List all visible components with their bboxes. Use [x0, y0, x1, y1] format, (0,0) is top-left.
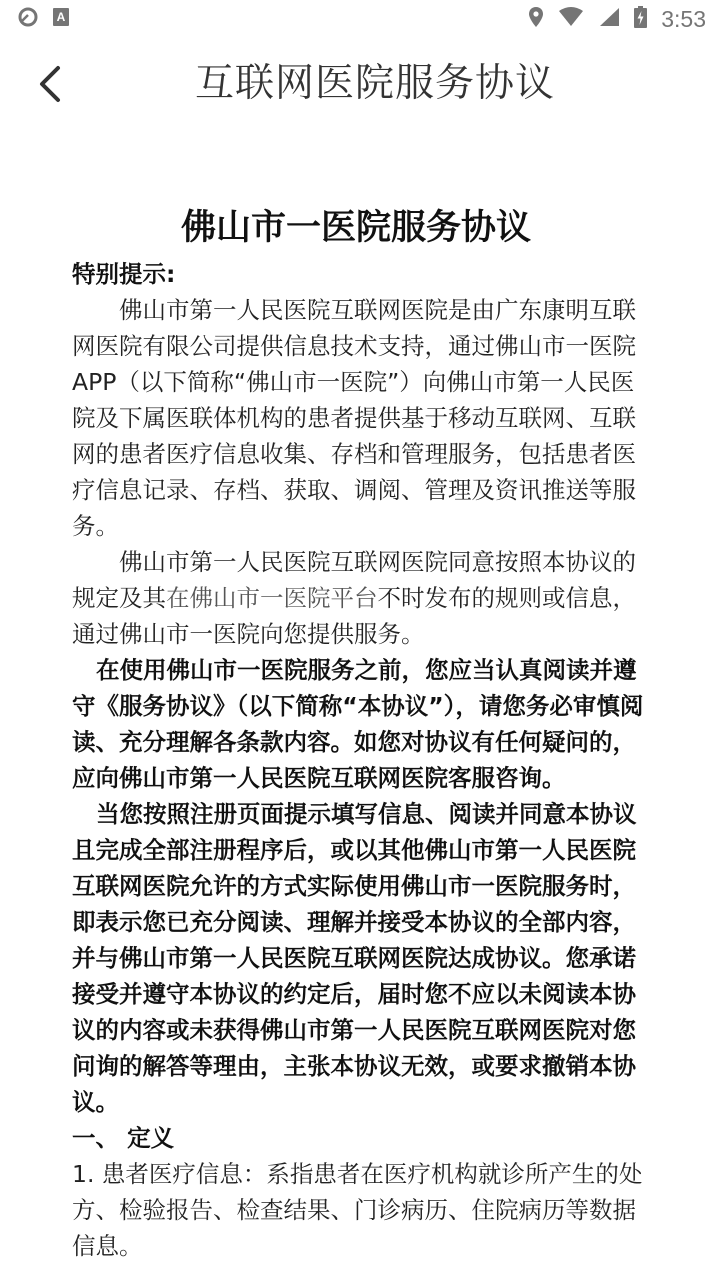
svg-text:A: A [57, 10, 66, 24]
agreement-document: 佛山市一医院服务协议 特别提示: 佛山市第一人民医院互联网医院是由广东康明互联网… [72, 200, 650, 1264]
intro-paragraph: 佛山市第一人民医院互联网医院是由广东康明互联网医院有限公司提供信息技术支持，通过… [72, 292, 650, 544]
rules-paragraph: 佛山市第一人民医院互联网医院同意按照本协议的规定及其在佛山市一医院平台不时发布的… [72, 544, 650, 652]
accessibility-a-icon: A [52, 7, 70, 31]
definition-item-1: 1. 患者医疗信息：系指患者在医疗机构就诊所产生的处方、检验报告、检查结果、门诊… [72, 1156, 650, 1264]
page-title: 互联网医院服务协议 [0, 38, 720, 130]
signal-icon [598, 7, 620, 31]
location-icon [528, 6, 544, 32]
status-bar-right: 3:53 [528, 6, 706, 33]
section-definitions-heading: 一、 定义 [72, 1120, 650, 1156]
special-notice-heading: 特别提示: [72, 256, 650, 292]
sync-app-icon [18, 7, 38, 31]
wifi-icon [558, 7, 584, 31]
app-header: 互联网医院服务协议 [0, 38, 720, 130]
platform-link-text: 在佛山市一医院平台 [166, 584, 378, 612]
status-bar: A 3:53 [0, 0, 720, 38]
status-bar-left: A [18, 7, 70, 31]
battery-charging-icon [634, 6, 647, 32]
document-title: 佛山市一医院服务协议 [62, 200, 650, 256]
read-carefully-paragraph: 在使用佛山市一医院服务之前，您应当认真阅读并遵守《服务协议》（以下简称“本协议”… [72, 652, 650, 796]
status-time: 3:53 [661, 6, 706, 33]
acceptance-paragraph: 当您按照注册页面提示填写信息、阅读并同意本协议且完成全部注册程序后，或以其他佛山… [72, 796, 650, 1120]
